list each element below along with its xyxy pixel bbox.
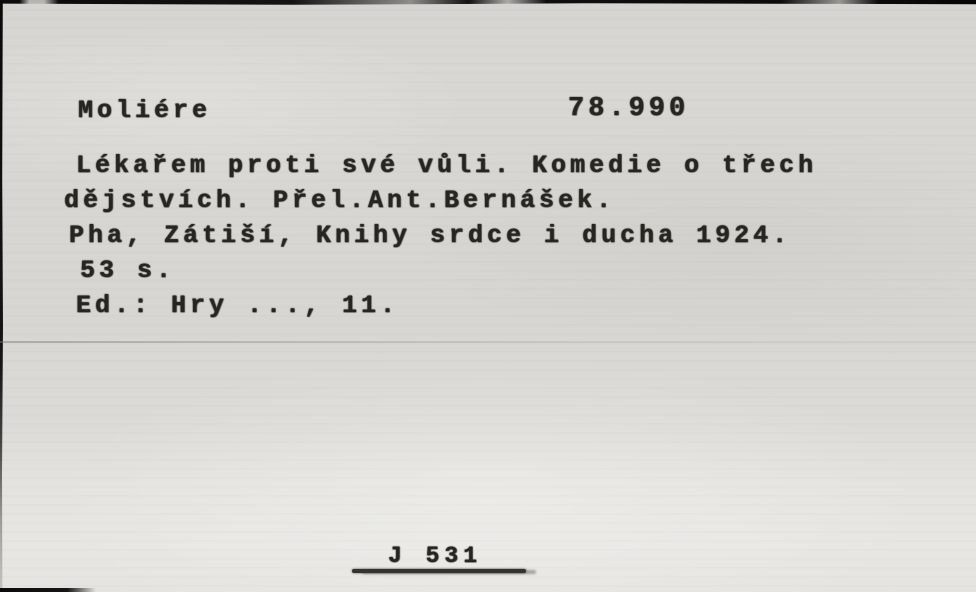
imprint-line: Pha, Zátiší, Knihy srdce i ducha 1924. xyxy=(69,218,904,253)
card-body: Lékařem proti své vůli. Komedie o třech … xyxy=(64,148,904,323)
call-number: 78.990 xyxy=(568,94,689,124)
edition-line: Ed.: Hry ..., 11. xyxy=(76,288,904,323)
pagination-line: 53 s. xyxy=(80,253,904,288)
scan-edge-top xyxy=(0,0,976,6)
title-line-2: dějstvích. Přel.Ant.Bernášek. xyxy=(64,183,904,218)
scan-edge-bottom-left xyxy=(0,588,96,592)
card-crease-line xyxy=(0,341,976,343)
author-heading: Moliére xyxy=(78,96,211,125)
catalog-card-scan: Moliére 78.990 Lékařem proti své vůli. K… xyxy=(0,0,976,592)
shelf-code: J 531 xyxy=(388,543,482,569)
scan-edge-left xyxy=(0,0,4,592)
title-line-1: Lékařem proti své vůli. Komedie o třech xyxy=(76,148,904,183)
shelf-code-underline xyxy=(352,569,526,573)
